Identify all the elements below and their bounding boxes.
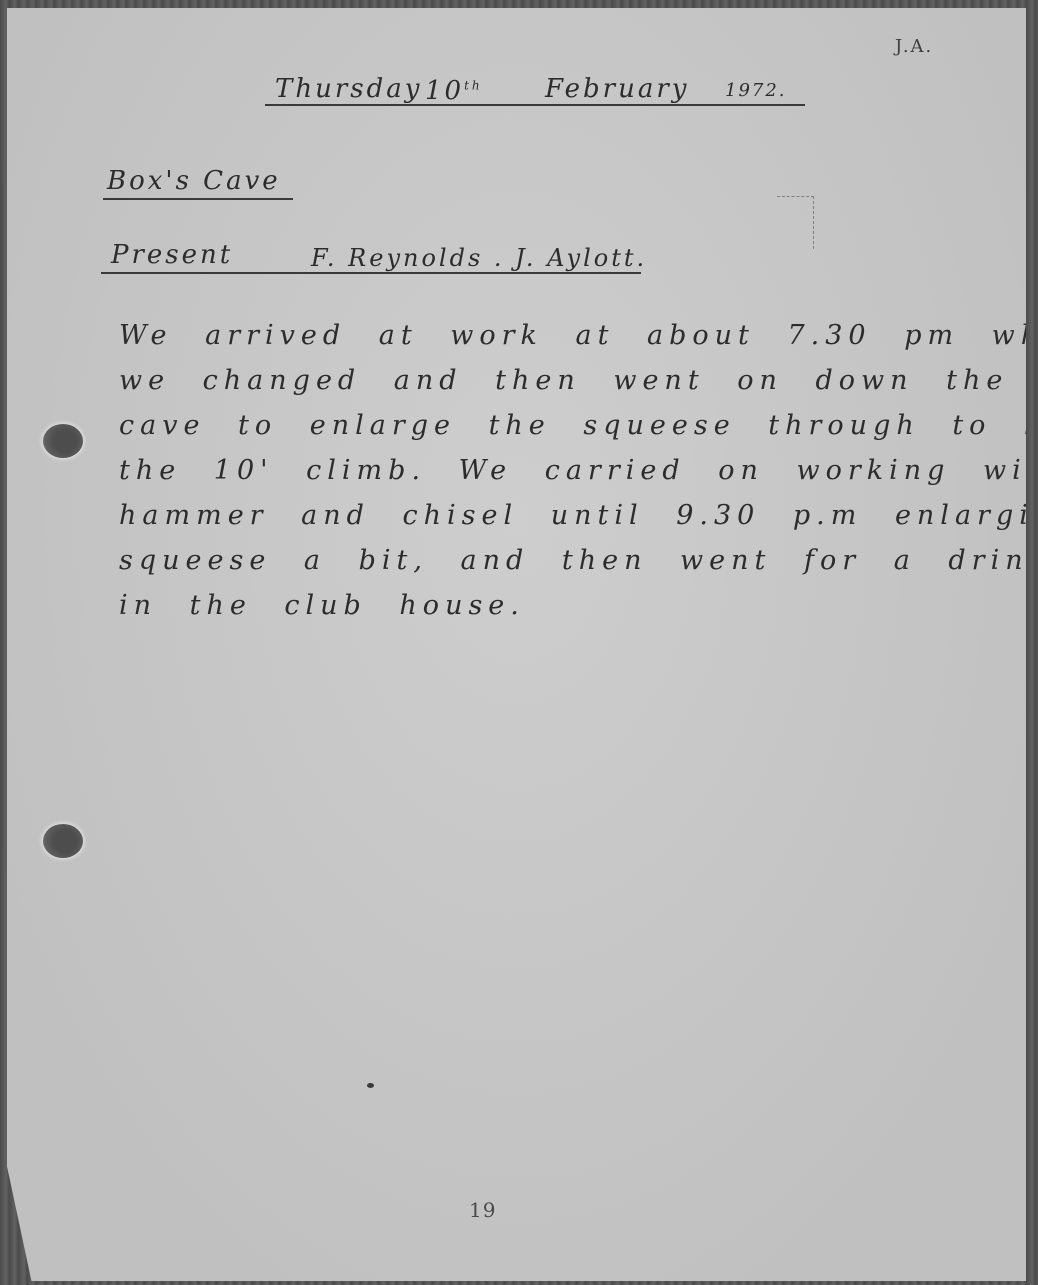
page-number: 19 bbox=[469, 1198, 496, 1222]
body-line: we changed and then went on down the bbox=[119, 358, 979, 403]
notebook-page: J.A. Thursday 10th February 1972. Box's … bbox=[7, 8, 1026, 1281]
date-day: Thursday bbox=[275, 74, 422, 104]
date-ordinal: th bbox=[464, 78, 483, 92]
date-month: February bbox=[545, 74, 689, 104]
date-heading: Thursday 10th February 1972. bbox=[265, 74, 805, 106]
body-line: We arrived at work at about 7.30 pm wher… bbox=[119, 313, 979, 358]
present-names: F. Reynolds . J. Aylott. bbox=[311, 244, 647, 272]
page-title: Box's Cave bbox=[103, 166, 293, 200]
faint-pencil-mark bbox=[777, 196, 814, 249]
body-line: hammer and chisel until 9.30 p.m enlargi… bbox=[119, 493, 979, 538]
body-line: the 10' climb. We carried on working wit… bbox=[119, 448, 979, 493]
log-entry-body: We arrived at work at about 7.30 pm wher… bbox=[119, 313, 979, 628]
ink-spot bbox=[367, 1083, 374, 1088]
date-number-value: 10 bbox=[425, 76, 464, 106]
punch-hole-top bbox=[43, 424, 83, 458]
present-label: Present bbox=[111, 240, 233, 270]
date-number: 10th bbox=[425, 76, 483, 106]
body-line: squeese a bit, and then went for a drink bbox=[119, 538, 979, 583]
body-line: in the club house. bbox=[119, 583, 979, 628]
body-line: cave to enlarge the squeese through to b… bbox=[119, 403, 979, 448]
present-heading: Present F. Reynolds . J. Aylott. bbox=[101, 240, 641, 274]
punch-hole-bottom bbox=[43, 824, 83, 858]
author-initials: J.A. bbox=[895, 36, 933, 57]
date-year: 1972. bbox=[725, 80, 787, 101]
